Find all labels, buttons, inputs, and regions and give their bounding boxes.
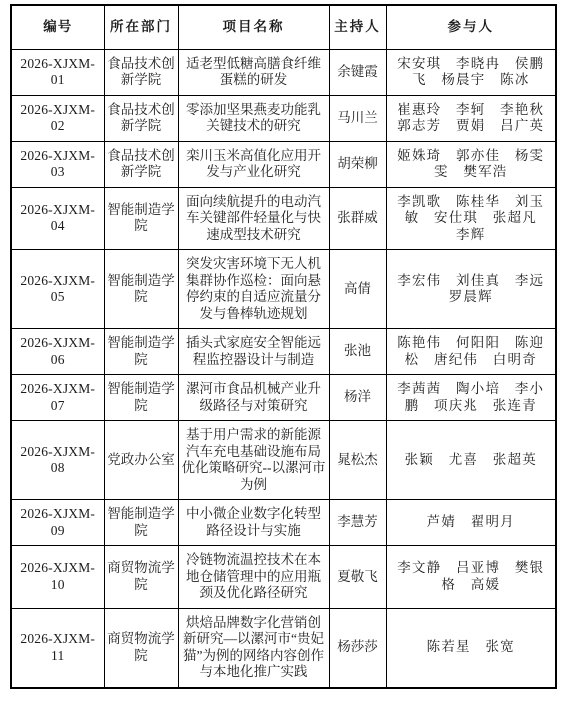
cell-host: 李慧芳 — [329, 500, 386, 546]
column-header-host: 主持人 — [329, 5, 386, 49]
cell-department: 商贸物流学院 — [104, 546, 178, 609]
cell-project: 栾川玉米高值化应用开发与产业化研究 — [178, 141, 329, 187]
table-row: 2026-XJXM-01食品技术创新学院适老型低糖高膳食纤维蛋糕的研发余键霞宋安… — [11, 49, 556, 95]
cell-participants: 姬姝琦 郭亦佳 杨雯雯 樊军浩 — [386, 141, 556, 187]
cell-department: 商贸物流学院 — [104, 608, 178, 688]
column-header-participants: 参与人 — [386, 5, 556, 49]
table-row: 2026-XJXM-08党政办公室基于用户需求的新能源汽车充电基础设施布局优化策… — [11, 421, 556, 500]
cell-participants: 陈艳伟 何阳阳 陈迎松 唐纪伟 白明奇 — [386, 329, 556, 375]
cell-host: 张群威 — [329, 187, 386, 250]
cell-host: 高倩 — [329, 250, 386, 329]
cell-participants: 陈若星 张宽 — [386, 608, 556, 688]
cell-id: 2026-XJXM-10 — [11, 546, 104, 609]
column-header-department: 所在部门 — [104, 5, 178, 49]
cell-department: 党政办公室 — [104, 421, 178, 500]
cell-id: 2026-XJXM-02 — [11, 95, 104, 141]
cell-host: 杨洋 — [329, 375, 386, 421]
cell-project: 面向续航提升的电动汽车关键部件轻量化与快速成型技术研究 — [178, 187, 329, 250]
cell-participants: 崔惠玲 李轲 李艳秋 郭志芳 贾娟 吕广英 — [386, 95, 556, 141]
cell-id: 2026-XJXM-05 — [11, 250, 104, 329]
cell-participants: 张颖 尤喜 张超英 — [386, 421, 556, 500]
table-row: 2026-XJXM-11商贸物流学院烘焙品牌数字化营销创新研究—以漯河市“贵妃猫… — [11, 608, 556, 688]
cell-participants: 李宏伟 刘佳真 李远 罗晨辉 — [386, 250, 556, 329]
cell-department: 智能制造学院 — [104, 375, 178, 421]
cell-host: 张池 — [329, 329, 386, 375]
cell-project: 插头式家庭安全智能远程监控器设计与制造 — [178, 329, 329, 375]
cell-participants: 芦婧 翟明月 — [386, 500, 556, 546]
cell-host: 胡荣柳 — [329, 141, 386, 187]
cell-department: 智能制造学院 — [104, 500, 178, 546]
cell-id: 2026-XJXM-08 — [11, 421, 104, 500]
cell-id: 2026-XJXM-07 — [11, 375, 104, 421]
table-body: 2026-XJXM-01食品技术创新学院适老型低糖高膳食纤维蛋糕的研发余键霞宋安… — [11, 49, 556, 688]
cell-participants: 李文静 吕亚博 樊银格 高媛 — [386, 546, 556, 609]
cell-project: 适老型低糖高膳食纤维蛋糕的研发 — [178, 49, 329, 95]
cell-project: 零添加坚果燕麦功能乳关键技术的研究 — [178, 95, 329, 141]
cell-department: 智能制造学院 — [104, 250, 178, 329]
cell-id: 2026-XJXM-06 — [11, 329, 104, 375]
cell-host: 马川兰 — [329, 95, 386, 141]
cell-project: 漯河市食品机械产业升级路径与对策研究 — [178, 375, 329, 421]
cell-department: 智能制造学院 — [104, 329, 178, 375]
cell-participants: 李茜茜 陶小培 李小鹏 项庆兆 张连青 — [386, 375, 556, 421]
cell-host: 晁松杰 — [329, 421, 386, 500]
column-header-id: 编号 — [11, 5, 104, 49]
cell-department: 食品技术创新学院 — [104, 49, 178, 95]
table-row: 2026-XJXM-10商贸物流学院冷链物流温控技术在本地仓储管理中的应用瓶颈及… — [11, 546, 556, 609]
cell-host: 夏敬飞 — [329, 546, 386, 609]
table-row: 2026-XJXM-06智能制造学院插头式家庭安全智能远程监控器设计与制造张池陈… — [11, 329, 556, 375]
cell-department: 食品技术创新学院 — [104, 95, 178, 141]
cell-host: 余键霞 — [329, 49, 386, 95]
cell-project: 突发灾害环境下无人机集群协作巡检：面向悬停约束的自适应流量分发与鲁棒轨迹规划 — [178, 250, 329, 329]
column-header-project: 项目名称 — [178, 5, 329, 49]
cell-department: 智能制造学院 — [104, 187, 178, 250]
table-row: 2026-XJXM-09智能制造学院中小微企业数字化转型路径设计与实施李慧芳芦婧… — [11, 500, 556, 546]
cell-id: 2026-XJXM-04 — [11, 187, 104, 250]
cell-id: 2026-XJXM-01 — [11, 49, 104, 95]
cell-participants: 李凯歌 陈桂华 刘玉敏 安仕琪 张超凡 李辉 — [386, 187, 556, 250]
table-row: 2026-XJXM-04智能制造学院面向续航提升的电动汽车关键部件轻量化与快速成… — [11, 187, 556, 250]
table-header: 编号所在部门项目名称主持人参与人 — [11, 5, 556, 49]
cell-project: 基于用户需求的新能源汽车充电基础设施布局优化策略研究--以漯河市为例 — [178, 421, 329, 500]
cell-host: 杨莎莎 — [329, 608, 386, 688]
header-row: 编号所在部门项目名称主持人参与人 — [11, 5, 556, 49]
cell-id: 2026-XJXM-11 — [11, 608, 104, 688]
cell-project: 中小微企业数字化转型路径设计与实施 — [178, 500, 329, 546]
cell-participants: 宋安琪 李晓冉 侯鹏飞 杨晨宇 陈冰 — [386, 49, 556, 95]
table-row: 2026-XJXM-02食品技术创新学院零添加坚果燕麦功能乳关键技术的研究马川兰… — [11, 95, 556, 141]
cell-project: 烘焙品牌数字化营销创新研究—以漯河市“贵妃猫”为例的网络内容创作与本地化推广实践 — [178, 608, 329, 688]
cell-id: 2026-XJXM-09 — [11, 500, 104, 546]
table-row: 2026-XJXM-03食品技术创新学院栾川玉米高值化应用开发与产业化研究胡荣柳… — [11, 141, 556, 187]
table-row: 2026-XJXM-07智能制造学院漯河市食品机械产业升级路径与对策研究杨洋李茜… — [11, 375, 556, 421]
cell-project: 冷链物流温控技术在本地仓储管理中的应用瓶颈及优化路径研究 — [178, 546, 329, 609]
cell-department: 食品技术创新学院 — [104, 141, 178, 187]
cell-id: 2026-XJXM-03 — [11, 141, 104, 187]
project-approval-table: 编号所在部门项目名称主持人参与人 2026-XJXM-01食品技术创新学院适老型… — [10, 4, 557, 689]
table-row: 2026-XJXM-05智能制造学院突发灾害环境下无人机集群协作巡检：面向悬停约… — [11, 250, 556, 329]
